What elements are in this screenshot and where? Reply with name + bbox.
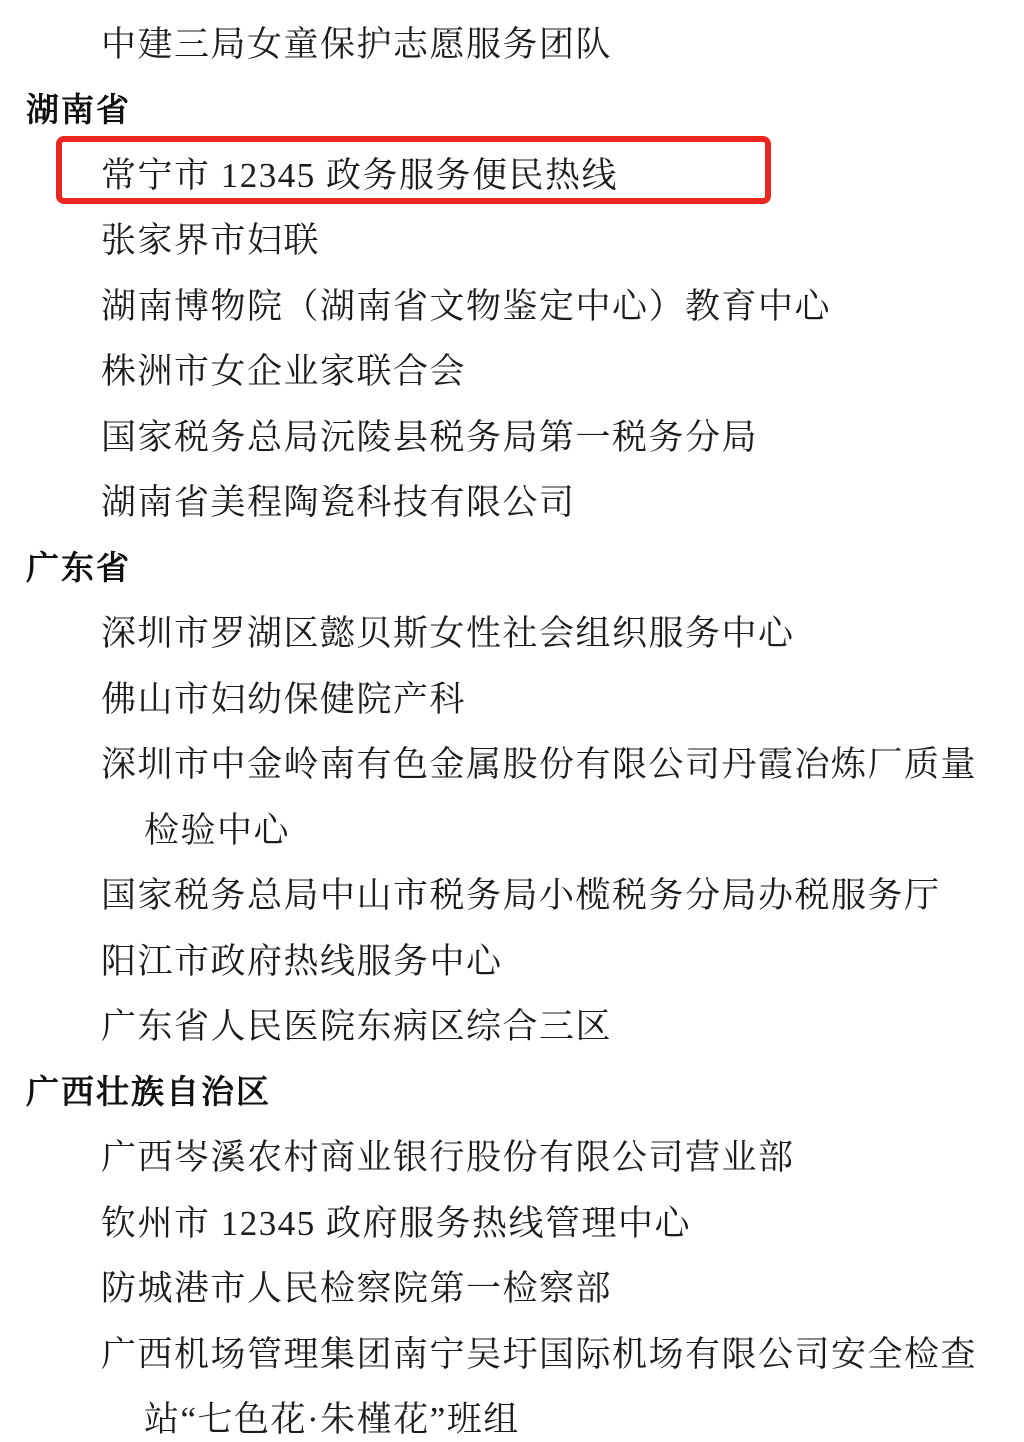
province-header-guangdong: 广东省 [0, 533, 1024, 599]
list-item: 钦州市 12345 政府服务热线管理中心 [0, 1188, 1024, 1254]
list-item-text: 站“七色花·朱槿花”班组 [144, 1392, 520, 1442]
list-item: 广东省人民医院东病区综合三区 [0, 992, 1024, 1058]
list-item: 国家税务总局中山市税务局小榄税务分局办税服务厅 [0, 861, 1024, 927]
list-item: 深圳市中金岭南有色金属股份有限公司丹霞冶炼厂质量 [0, 730, 1024, 796]
list-item-text: 检验中心 [144, 803, 290, 853]
list-item-continuation: 站“七色花·朱槿花”班组 [0, 1385, 1024, 1442]
list-item-text: 中建三局女童保护志愿服务团队 [101, 17, 612, 67]
list-item: 深圳市罗湖区懿贝斯女性社会组织服务中心 [0, 599, 1024, 665]
list-item-text: 钦州市 12345 政府服务热线管理中心 [101, 1196, 691, 1246]
province-header-text: 广西壮族自治区 [26, 1066, 271, 1113]
list-item-continuation: 检验中心 [0, 795, 1024, 861]
list-item: 佛山市妇幼保健院产科 [0, 664, 1024, 730]
list-item-text: 深圳市中金岭南有色金属股份有限公司丹霞冶炼厂质量 [101, 737, 977, 787]
list-item-text: 广东省人民医院东病区综合三区 [101, 999, 612, 1049]
list-item: 中建三局女童保护志愿服务团队 [0, 9, 1024, 75]
list-item-text: 广西岑溪农村商业银行股份有限公司营业部 [101, 1130, 795, 1180]
list-item-text: 湖南省美程陶瓷科技有限公司 [101, 475, 576, 525]
list-item-text: 国家税务总局沅陵县税务局第一税务分局 [101, 410, 758, 460]
province-header-text: 广东省 [26, 542, 131, 589]
province-header-guangxi: 广西壮族自治区 [0, 1057, 1024, 1123]
list-item-text: 佛山市妇幼保健院产科 [101, 672, 466, 722]
province-header-hunan: 湖南省 [0, 75, 1024, 141]
list-item: 国家税务总局沅陵县税务局第一税务分局 [0, 402, 1024, 468]
list-item-text: 株洲市女企业家联合会 [101, 344, 466, 394]
list-item-text: 广西机场管理集团南宁吴圩国际机场有限公司安全检查 [101, 1327, 977, 1377]
document-page: 中建三局女童保护志愿服务团队 湖南省 常宁市 12345 政务服务便民热线 张家… [0, 0, 1024, 1442]
list-item: 湖南博物院（湖南省文物鉴定中心）教育中心 [0, 271, 1024, 337]
list-item-text: 阳江市政府热线服务中心 [101, 934, 503, 984]
award-list: 中建三局女童保护志愿服务团队 湖南省 常宁市 12345 政务服务便民热线 张家… [0, 9, 1024, 1442]
list-item-text: 常宁市 12345 政务服务便民热线 [101, 148, 618, 198]
list-item-text: 张家界市妇联 [101, 213, 320, 263]
list-item: 株洲市女企业家联合会 [0, 337, 1024, 403]
province-header-text: 湖南省 [26, 84, 131, 131]
list-item-text: 防城港市人民检察院第一检察部 [101, 1261, 612, 1311]
list-item: 张家界市妇联 [0, 206, 1024, 272]
list-item-text: 深圳市罗湖区懿贝斯女性社会组织服务中心 [101, 606, 795, 656]
list-item-highlighted: 常宁市 12345 政务服务便民热线 [0, 140, 1024, 206]
list-item-text: 国家税务总局中山市税务局小榄税务分局办税服务厅 [101, 868, 941, 918]
list-item: 广西机场管理集团南宁吴圩国际机场有限公司安全检查 [0, 1319, 1024, 1385]
list-item: 广西岑溪农村商业银行股份有限公司营业部 [0, 1123, 1024, 1189]
list-item: 防城港市人民检察院第一检察部 [0, 1254, 1024, 1320]
list-item: 阳江市政府热线服务中心 [0, 926, 1024, 992]
list-item-text: 湖南博物院（湖南省文物鉴定中心）教育中心 [101, 279, 831, 329]
list-item: 湖南省美程陶瓷科技有限公司 [0, 468, 1024, 534]
